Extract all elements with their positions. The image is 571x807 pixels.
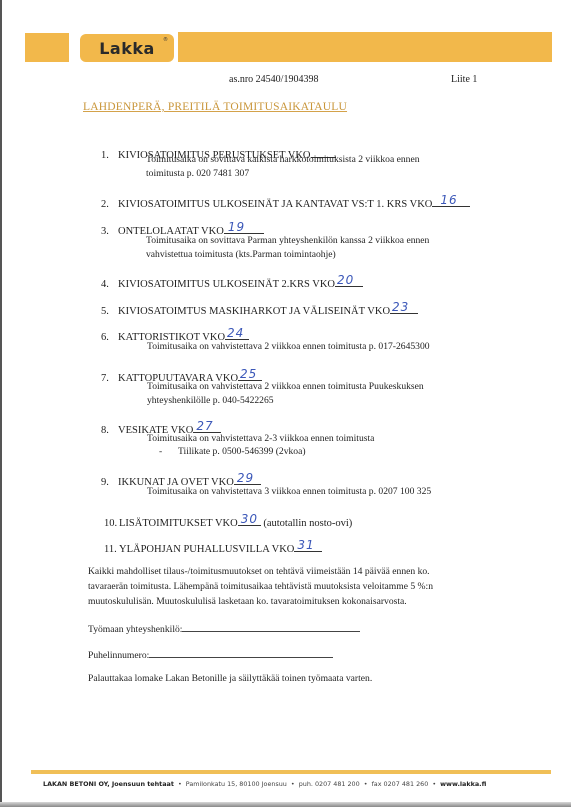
item-number: 11. xyxy=(104,544,119,555)
scan-edge xyxy=(0,0,2,807)
week-field[interactable]: 20 xyxy=(335,275,363,287)
scan-edge-bottom xyxy=(0,802,571,807)
week-field[interactable]: 23 xyxy=(390,302,418,314)
item-number: 5. xyxy=(101,306,118,317)
week-field[interactable]: 29 xyxy=(234,473,261,485)
attachment-label: Liite 1 xyxy=(451,74,477,85)
terms-paragraph: Kaikki mahdolliset tilaus-/toimitusmuuto… xyxy=(88,564,558,609)
lakka-logo: Lakka ® xyxy=(80,34,174,62)
item-note: Toimitusaika on sovittava Parman yhteysh… xyxy=(146,234,429,262)
week-field[interactable]: 16 xyxy=(432,195,470,207)
item-number: 3. xyxy=(101,226,118,237)
item-note: Toimitusaika on vahvistettava 2 viikkoa … xyxy=(147,340,430,354)
logo-text: Lakka xyxy=(99,39,155,58)
contact-label: Työmaan yhteyshenkilö: xyxy=(88,624,182,635)
week-field[interactable]: 30 xyxy=(238,514,261,526)
footer-company: LAKAN BETONI OY, Joensuun tehtaat xyxy=(43,780,174,788)
closing-instruction: Palauttakaa lomake Lakan Betonille ja sä… xyxy=(88,673,372,684)
item-number: 2. xyxy=(101,199,118,210)
week-value: 27 xyxy=(196,419,213,433)
header-band-right xyxy=(178,32,552,62)
week-value: 19 xyxy=(228,220,245,234)
schedule-item: 10.LISÄTOIMITUKSET VKO30 (autotallin nos… xyxy=(104,514,352,529)
item-label: KIVIOSATOIMTUS MASKIHARKOT JA VÄLISEINÄT… xyxy=(118,306,390,317)
registered-mark: ® xyxy=(163,37,168,43)
week-value: 20 xyxy=(337,273,354,287)
week-value: 24 xyxy=(227,326,244,340)
item-sub-note: -Tiilikate p. 0500-546399 (2vkoa) xyxy=(159,446,306,457)
item-label: KIVIOSATOIMITUS ULKOSEINÄT JA KANTAVAT V… xyxy=(118,199,432,210)
header-band-left xyxy=(25,33,69,62)
item-number: 6. xyxy=(101,332,118,343)
item-number: 10. xyxy=(104,518,119,529)
item-suffix: (autotallin nosto-ovi) xyxy=(263,518,352,529)
week-value: 23 xyxy=(392,300,409,314)
item-label: KIVIOSATOIMITUS ULKOSEINÄT 2.KRS VKO xyxy=(118,279,335,290)
schedule-item: 4.KIVIOSATOIMITUS ULKOSEINÄT 2.KRS VKO20 xyxy=(101,275,363,290)
week-value: 29 xyxy=(237,471,254,485)
week-value: 16 xyxy=(440,193,457,207)
week-value: 31 xyxy=(297,538,314,552)
phone-field: Puhelinnumero: xyxy=(88,648,333,661)
week-value: 30 xyxy=(241,512,258,526)
item-number: 8. xyxy=(101,425,118,436)
schedule-item: 5.KIVIOSATOIMTUS MASKIHARKOT JA VÄLISEIN… xyxy=(101,302,418,317)
schedule-item: 2.KIVIOSATOIMITUS ULKOSEINÄT JA KANTAVAT… xyxy=(101,195,470,210)
phone-input[interactable] xyxy=(149,648,333,658)
reference-number: as.nro 24540/1904398 xyxy=(229,74,318,85)
item-number: 4. xyxy=(101,279,118,290)
footer-fax: fax 0207 481 260 xyxy=(372,780,429,788)
schedule-item: 11.YLÄPOHJAN PUHALLUSVILLA VKO31 xyxy=(104,540,322,555)
item-label: YLÄPOHJAN PUHALLUSVILLA VKO xyxy=(119,544,294,555)
phone-label: Puhelinnumero: xyxy=(88,650,149,661)
footer-phone: puh. 0207 481 200 xyxy=(299,780,360,788)
footer-band xyxy=(31,770,551,774)
item-note: Toimitusaika on sovittava kaikista harkk… xyxy=(146,153,420,181)
item-number: 9. xyxy=(101,477,118,488)
contact-person-field: Työmaan yhteyshenkilö: xyxy=(88,622,360,635)
footer-contact: LAKAN BETONI OY, Joensuun tehtaat • Pami… xyxy=(43,780,486,788)
footer-website[interactable]: www.lakka.fi xyxy=(440,780,486,788)
item-number: 7. xyxy=(101,373,118,384)
footer-address: Pamilonkatu 15, 80100 Joensuu xyxy=(186,780,287,788)
week-field[interactable]: 24 xyxy=(225,328,249,340)
week-field[interactable]: 19 xyxy=(224,222,264,234)
item-number: 1. xyxy=(101,150,118,161)
contact-input[interactable] xyxy=(182,622,360,632)
document-title: LAHDENPERÄ, PREITILÄ TOIMITUSAIKATAULU xyxy=(83,101,347,113)
item-note: Toimitusaika on vahvistettava 2 viikkoa … xyxy=(147,380,424,408)
item-note: Toimitusaika on vahvistettava 2-3 viikko… xyxy=(147,432,374,446)
week-field[interactable]: 31 xyxy=(294,540,322,552)
week-value: 25 xyxy=(240,367,257,381)
item-note: Toimitusaika on vahvistettava 3 viikkoa … xyxy=(147,485,431,499)
item-label: LISÄTOIMITUKSET VKO xyxy=(119,518,238,529)
